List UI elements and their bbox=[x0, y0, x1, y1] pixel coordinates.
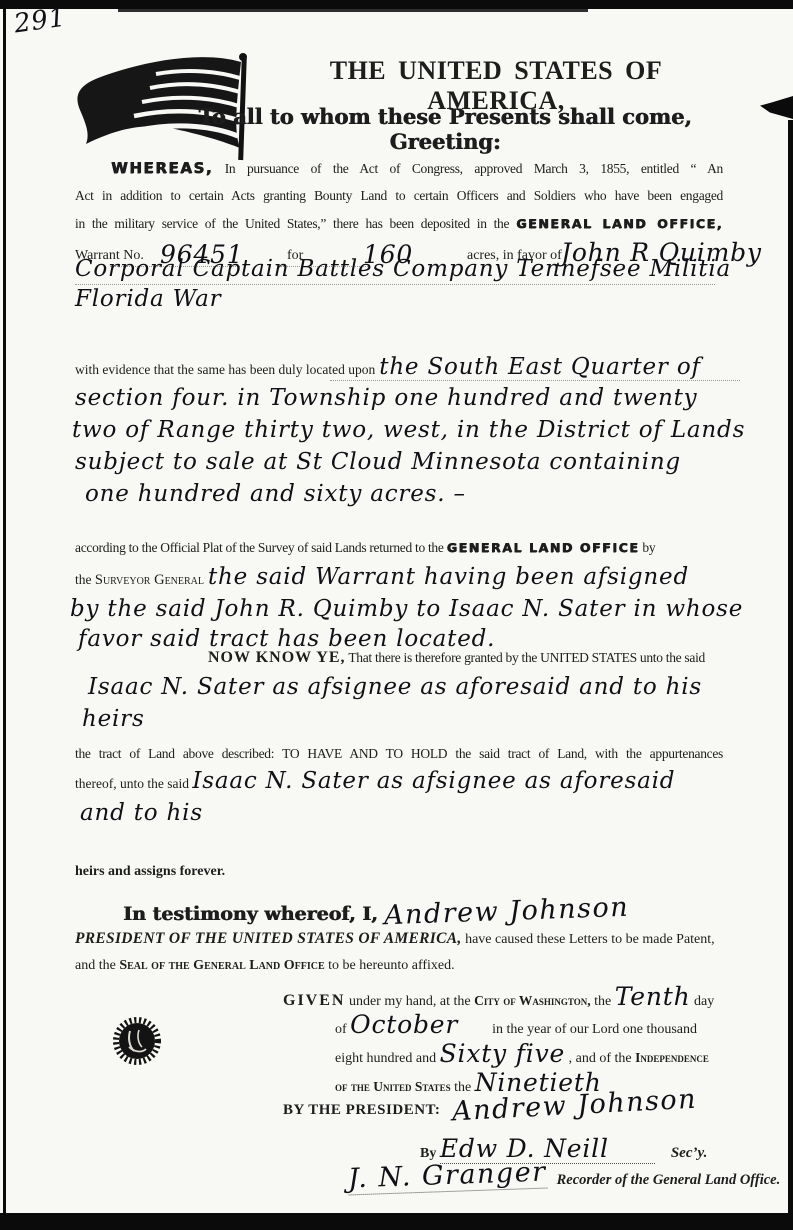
given-line3: eight hundred and Sixty five , and of th… bbox=[335, 1039, 709, 1068]
scan-edge-bottom bbox=[0, 1213, 793, 1230]
testimonium-line3: and the Seal of the General Land Office … bbox=[75, 958, 455, 974]
habendum-hand-line2: Isaac N. Sater as afsignee as aforesaid bbox=[192, 768, 675, 794]
in-testimony-label: In testimony whereof, I, bbox=[123, 903, 384, 925]
habendum-hand-line3: and to his bbox=[80, 798, 203, 828]
general-land-office-label: GENERAL LAND OFFICE, bbox=[516, 216, 723, 231]
independence-pre: , and of the bbox=[565, 1051, 635, 1066]
plat-hand-line1: the said Warrant having been afsigned bbox=[208, 564, 689, 590]
whereas-line3: in the military service of the United St… bbox=[75, 214, 723, 234]
president-autograph-inline: Andrew Johnson bbox=[384, 892, 630, 932]
now-know-ye-line: NOW KNOW YE, That there is therefore gra… bbox=[75, 648, 723, 668]
located-upon-label: with evidence that the same has been dul… bbox=[75, 362, 375, 377]
given-block: GIVEN under my hand, at the City of Wash… bbox=[283, 982, 753, 1011]
day-value: Tenth bbox=[615, 982, 691, 1011]
plat-line2: the Surveyor General the said Warrant ha… bbox=[75, 562, 689, 592]
recorder-line: J. N. GrangerRecorder of the General Lan… bbox=[348, 1160, 780, 1192]
location-hand-line2: section four. in Township one hundred an… bbox=[75, 383, 697, 413]
given-the: the bbox=[591, 994, 615, 1009]
by-president-line: BY THE PRESIDENT: Andrew Johnson bbox=[283, 1090, 698, 1121]
now-know-ye-text: That there is therefore granted by the U… bbox=[346, 650, 705, 665]
seal-pre-text: and the bbox=[75, 958, 119, 973]
general-land-office-ornate: GENERAL LAND OFFICE bbox=[447, 540, 640, 555]
recorder-signature: J. N. Granger bbox=[348, 1157, 548, 1196]
year-phrase2: eight hundred and bbox=[335, 1051, 440, 1066]
letters-patent-text: have caused these Letters to be made Pat… bbox=[462, 932, 715, 947]
secretary-title: Sec’y. bbox=[671, 1145, 708, 1161]
habendum-line2: thereof, unto the said Isaac N. Sater as… bbox=[75, 766, 675, 796]
grant-hand-line1: Isaac N. Sater as afsignee as aforesaid … bbox=[88, 672, 702, 702]
city-of-washington-label: City of Washington, bbox=[474, 993, 590, 1008]
seal-post-text: to be hereunto affixed. bbox=[325, 958, 455, 973]
testimonium-line2: PRESIDENT OF THE UNITED STATES OF AMERIC… bbox=[75, 930, 715, 948]
recorder-title: Recorder of the General Land Office. bbox=[557, 1172, 781, 1188]
day-label: day bbox=[691, 994, 715, 1009]
president-signature: Andrew Johnson bbox=[452, 1084, 698, 1128]
surveyor-general-label: Surveyor General bbox=[95, 572, 204, 588]
given-line2: of Octoberin the year of our Lord one th… bbox=[335, 1010, 697, 1039]
year-phrase: in the year of our Lord one thousand bbox=[492, 1022, 697, 1037]
whereas-line1-text: In pursuance of the Act of Congress, app… bbox=[225, 161, 723, 176]
given-word: GIVEN bbox=[283, 992, 345, 1009]
plat-line1-by: by bbox=[639, 540, 655, 555]
scan-edge-right bbox=[788, 120, 793, 1213]
now-know-ye-label: NOW KNOW YE, bbox=[208, 649, 346, 666]
whereas-line1: WHEREAS, In pursuance of the Act of Cong… bbox=[75, 158, 723, 179]
page-number: 291 bbox=[12, 3, 68, 40]
location-line1: with evidence that the same has been dul… bbox=[75, 352, 755, 382]
plat-hand-line2: by the said John R. Quimby to Isaac N. S… bbox=[70, 594, 743, 624]
year-value: Sixty five bbox=[440, 1039, 566, 1068]
service-description-line1: Corporal Captain Battles Company Tennefs… bbox=[75, 254, 731, 284]
greeting-line: To all to whom these Presents shall come… bbox=[178, 104, 712, 154]
surveyor-the: the bbox=[75, 572, 95, 587]
fillin-rule bbox=[330, 380, 740, 381]
location-hand-line1: the South East Quarter of bbox=[379, 354, 701, 380]
location-hand-line4: subject to sale at St Cloud Minnesota co… bbox=[75, 447, 681, 477]
president-title: PRESIDENT OF THE UNITED STATES OF AMERIC… bbox=[75, 930, 462, 947]
plat-line1: according to the Official Plat of the Su… bbox=[75, 538, 723, 558]
scan-blob-right bbox=[760, 96, 793, 119]
testimonium-line1: In testimony whereof, I, Andrew Johnson bbox=[75, 896, 629, 927]
whereas-word: WHEREAS, bbox=[111, 159, 213, 177]
seal-of-glo-label: Seal of the General Land Office bbox=[119, 958, 324, 973]
thereof-label: thereof, unto the said bbox=[75, 776, 192, 791]
forever-line: heirs and assigns forever. bbox=[75, 864, 225, 880]
plat-line1-text: according to the Official Plat of the Su… bbox=[75, 540, 447, 555]
general-land-office-seal-icon bbox=[112, 1016, 162, 1066]
grant-hand-line2: heirs bbox=[82, 704, 145, 734]
location-paragraph: with evidence that the same has been dul… bbox=[75, 352, 755, 382]
habendum-line1: the tract of Land above described: TO HA… bbox=[75, 744, 723, 764]
by-label: By bbox=[420, 1146, 440, 1161]
scan-edge-top-smudge bbox=[118, 8, 588, 12]
service-description-line2: Florida War bbox=[75, 284, 221, 314]
land-patent-document: 291 THE UNITED STATES OF AMERICA, To all… bbox=[0, 0, 793, 1230]
whereas-line2: Act in addition to certain Acts granting… bbox=[75, 186, 723, 206]
given-line1: GIVEN under my hand, at the City of Wash… bbox=[283, 982, 753, 1011]
of-label: of bbox=[335, 1022, 350, 1037]
month-value: October bbox=[350, 1010, 458, 1039]
independence-label: Independence bbox=[635, 1050, 709, 1065]
whereas-line3-text: in the military service of the United St… bbox=[75, 216, 516, 231]
by-president-label: BY THE PRESIDENT: bbox=[283, 1102, 440, 1118]
location-hand-line3: two of Range thirty two, west, in the Di… bbox=[72, 415, 745, 445]
location-hand-line5: one hundred and sixty acres. – bbox=[85, 479, 466, 509]
given-line1-text: under my hand, at the bbox=[345, 994, 474, 1009]
scan-edge-left bbox=[3, 9, 6, 1213]
